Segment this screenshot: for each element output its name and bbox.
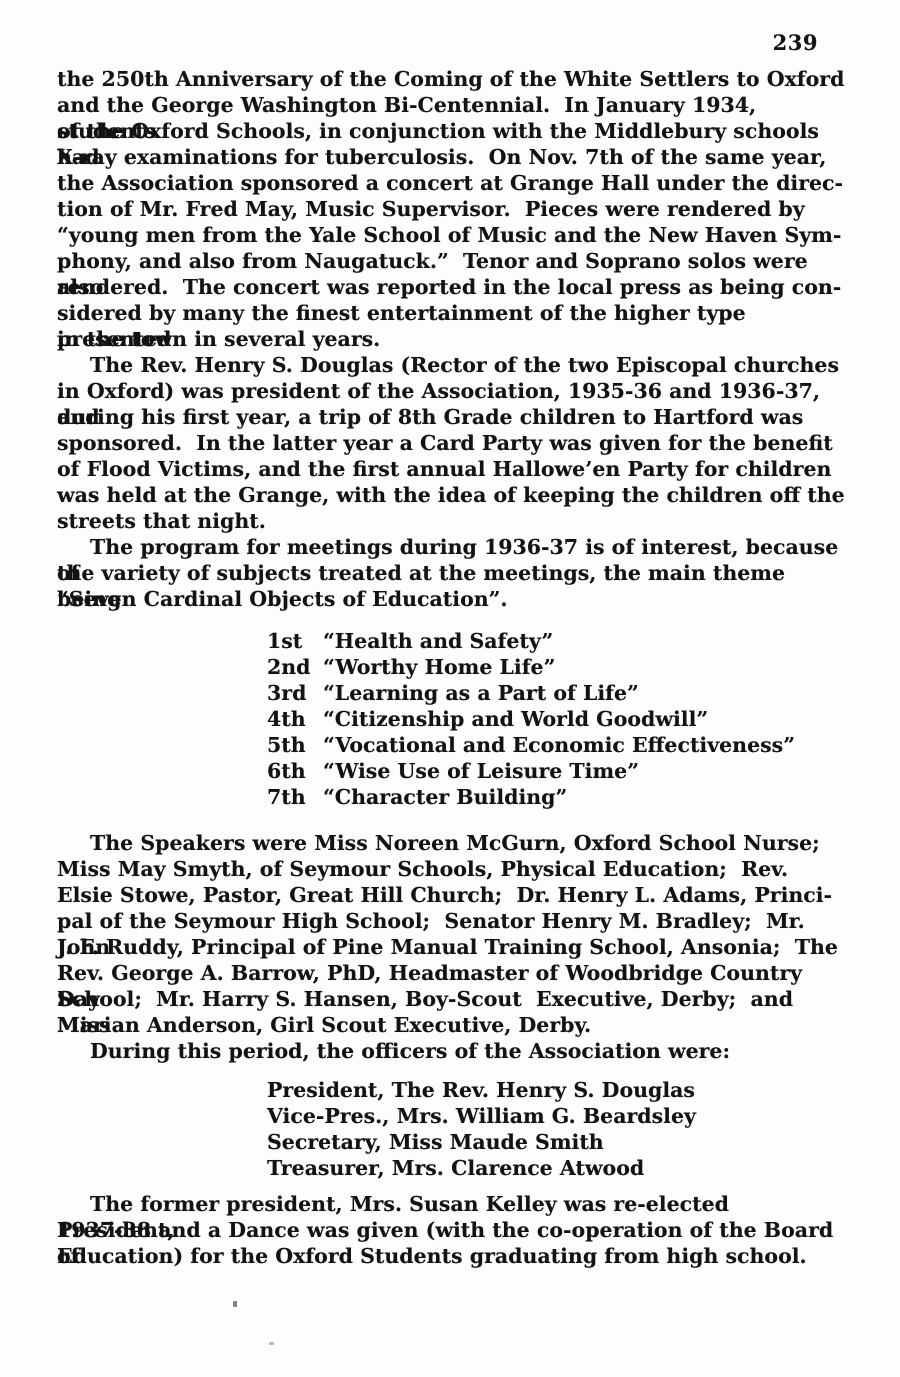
list-item: 7th“Character Building”	[267, 784, 847, 810]
text-line: and the George Washington Bi-Centennial.…	[57, 92, 847, 118]
text-line: in Oxford) was president of the Associat…	[57, 378, 847, 404]
text-line: Marian Anderson, Girl Scout Executive, D…	[57, 1012, 847, 1038]
text-line: 1937-38 and a Dance was given (with the …	[57, 1217, 847, 1243]
text-line: in the town in several years.	[57, 326, 847, 352]
text-line: The program for meetings during 1936-37 …	[57, 534, 847, 560]
text-line: School; Mr. Harry S. Hansen, Boy-Scout E…	[57, 986, 847, 1012]
text-line: “young men from the Yale School of Music…	[57, 222, 847, 248]
list-text: “Learning as a Part of Life”	[323, 681, 639, 705]
text-line: X-ray examinations for tuberculosis. On …	[57, 144, 847, 170]
list-ordinal: 5th	[267, 732, 323, 758]
list-item: 1st“Health and Safety”	[267, 628, 847, 654]
list-text: “Citizenship and World Goodwill”	[323, 707, 708, 731]
text-line: pal of the Seymour High School; Senator …	[57, 908, 847, 934]
list-text: “Character Building”	[323, 785, 567, 809]
officer-line: President, The Rev. Henry S. Douglas	[267, 1077, 847, 1103]
paragraph-anniversary-concert: the 250th Anniversary of the Coming of t…	[57, 66, 847, 352]
text-line: sidered by many the finest entertainment…	[57, 300, 847, 326]
list-ordinal: 2nd	[267, 654, 323, 680]
page-number: 239	[773, 30, 818, 56]
list-ordinal: 6th	[267, 758, 323, 784]
text-line: was held at the Grange, with the idea of…	[57, 482, 847, 508]
list-ordinal: 1st	[267, 628, 323, 654]
text-line: sponsored. In the latter year a Card Par…	[57, 430, 847, 456]
list-text: “Health and Safety”	[323, 629, 553, 653]
list-item: 2nd“Worthy Home Life”	[267, 654, 847, 680]
paragraph-kelley-reelection: The former president, Mrs. Susan Kelley …	[57, 1191, 847, 1269]
officer-line: Secretary, Miss Maude Smith	[267, 1129, 847, 1155]
text-line: Elsie Stowe, Pastor, Great Hill Church; …	[57, 882, 847, 908]
paragraph-douglas-presidency: The Rev. Henry S. Douglas (Rector of the…	[57, 352, 847, 534]
text-line: rendered. The concert was reported in th…	[57, 274, 847, 300]
cardinal-objects-list: 1st“Health and Safety” 2nd“Worthy Home L…	[267, 628, 847, 810]
officer-line: Treasurer, Mrs. Clarence Atwood	[267, 1155, 847, 1181]
text-line: the Association sponsored a concert at G…	[57, 170, 847, 196]
list-item: 6th“Wise Use of Leisure Time”	[267, 758, 847, 784]
officer-line: Vice-Pres., Mrs. William G. Beardsley	[267, 1103, 847, 1129]
list-text: “Vocational and Economic Effectiveness”	[323, 733, 795, 757]
list-item: 3rd“Learning as a Part of Life”	[267, 680, 847, 706]
text-line: Education) for the Oxford Students gradu…	[57, 1243, 847, 1269]
text-line: During this period, the officers of the …	[57, 1038, 847, 1064]
list-ordinal: 4th	[267, 706, 323, 732]
list-item: 4th“Citizenship and World Goodwill”	[267, 706, 847, 732]
text-line: phony, and also from Naugatuck.” Tenor a…	[57, 248, 847, 274]
text-line: during his first year, a trip of 8th Gra…	[57, 404, 847, 430]
text-line: The Rev. Henry S. Douglas (Rector of the…	[57, 352, 847, 378]
list-text: “Wise Use of Leisure Time”	[323, 759, 639, 783]
text-line: The former president, Mrs. Susan Kelley …	[57, 1191, 847, 1217]
text-line: streets that night.	[57, 508, 847, 534]
paragraph-speakers: The Speakers were Miss Noreen McGurn, Ox…	[57, 830, 847, 1038]
list-ordinal: 7th	[267, 784, 323, 810]
paragraph-officers-intro: During this period, the officers of the …	[57, 1038, 847, 1064]
text-line: “Seven Cardinal Objects of Education”.	[57, 586, 847, 612]
body-text: the 250th Anniversary of the Coming of t…	[57, 66, 847, 1269]
text-line: Rev. George A. Barrow, PhD, Headmaster o…	[57, 960, 847, 986]
scan-speck	[233, 1301, 237, 1307]
paragraph-program-theme: The program for meetings during 1936-37 …	[57, 534, 847, 612]
text-line: the variety of subjects treated at the m…	[57, 560, 847, 586]
list-item: 5th“Vocational and Economic Effectivenes…	[267, 732, 847, 758]
text-line: of the Oxford Schools, in conjunction wi…	[57, 118, 847, 144]
text-line: tion of Mr. Fred May, Music Supervisor. …	[57, 196, 847, 222]
text-line: J. F. Ruddy, Principal of Pine Manual Tr…	[57, 934, 847, 960]
list-ordinal: 3rd	[267, 680, 323, 706]
text-line: Miss May Smyth, of Seymour Schools, Phys…	[57, 856, 847, 882]
list-text: “Worthy Home Life”	[323, 655, 555, 679]
scan-speck	[269, 1342, 274, 1345]
text-line: the 250th Anniversary of the Coming of t…	[57, 66, 847, 92]
text-line: of Flood Victims, and the first annual H…	[57, 456, 847, 482]
text-line: The Speakers were Miss Noreen McGurn, Ox…	[57, 830, 847, 856]
scanned-book-page: 239 the 250th Anniversary of the Coming …	[0, 0, 900, 1377]
officers-list: President, The Rev. Henry S. Douglas Vic…	[267, 1077, 847, 1181]
